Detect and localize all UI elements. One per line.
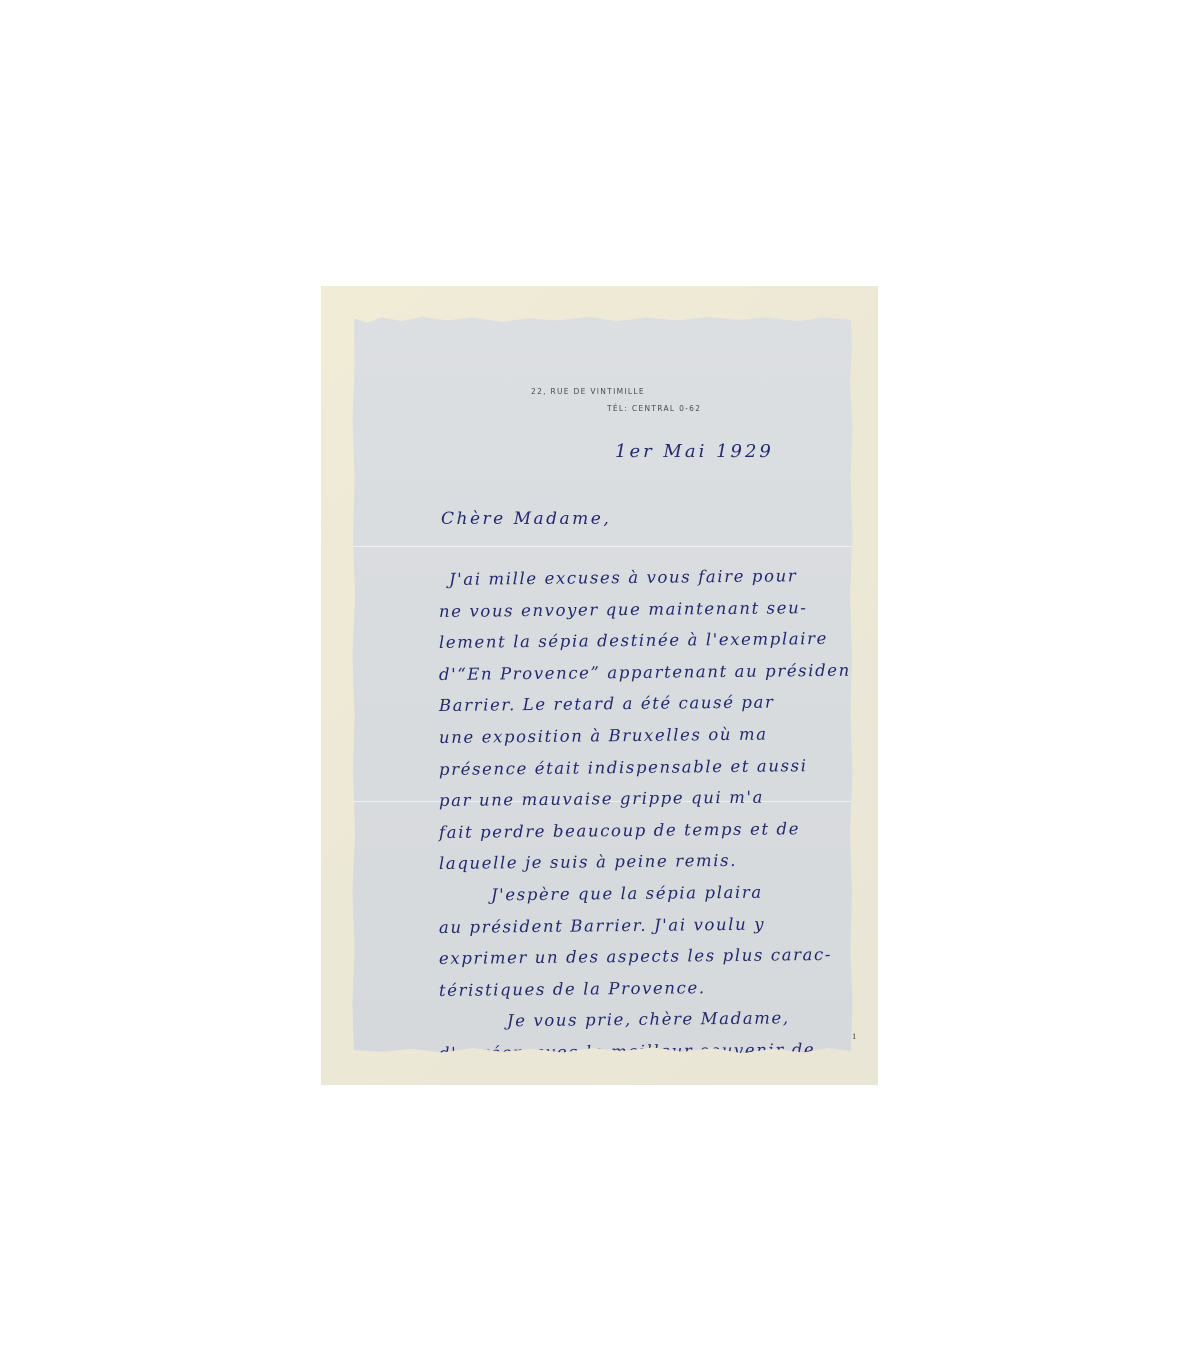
letter-salutation: Chère Madame,	[441, 509, 611, 529]
letter-date: 1er Mai 1929	[615, 441, 774, 462]
letter-line: par une mauvaise grippe qui m'a	[439, 781, 859, 817]
letterhead-phone: Tél: Central 0-62	[607, 404, 701, 413]
fold-line	[352, 546, 853, 547]
signature: Maurice de Lambert	[439, 1101, 859, 1137]
letter-line: J'ai mille excuses à vous faire pour	[439, 560, 859, 596]
letter-line: J'espère que la sépia plaira	[439, 876, 859, 912]
letter-line: présence était indispensable et aussi	[439, 749, 859, 785]
letterhead-address: 22, Rue de Vintimille	[531, 387, 645, 396]
letter-line: au président Barrier. J'ai voulu y	[439, 907, 859, 943]
letter-line: Barrier. Le retard a été causé par	[439, 686, 859, 722]
letter-sheet: 22, Rue de Vintimille Tél: Central 0-62 …	[352, 316, 853, 1054]
letter-line: lement la sépia destinée à l'exemplaire	[439, 623, 859, 659]
letter-line: téristiques de la Provence.	[439, 970, 859, 1006]
letter-line: une exposition à Bruxelles où ma	[439, 718, 859, 754]
letter-line: fait perdre beaucoup de temps et de	[439, 812, 859, 848]
letter-line: laquelle je suis à peine remis.	[439, 844, 859, 880]
letter-line: ne vous envoyer que maintenant seu-	[439, 591, 859, 627]
letter-line: Je vous prie, chère Madame,	[439, 1002, 859, 1038]
signature-flourish	[580, 1119, 860, 1136]
page-number: 1	[852, 1033, 856, 1041]
letter-line: exprimer un des aspects les plus carac-	[439, 939, 859, 975]
letter-line: d'“En Provence” appartenant au président	[439, 654, 859, 690]
